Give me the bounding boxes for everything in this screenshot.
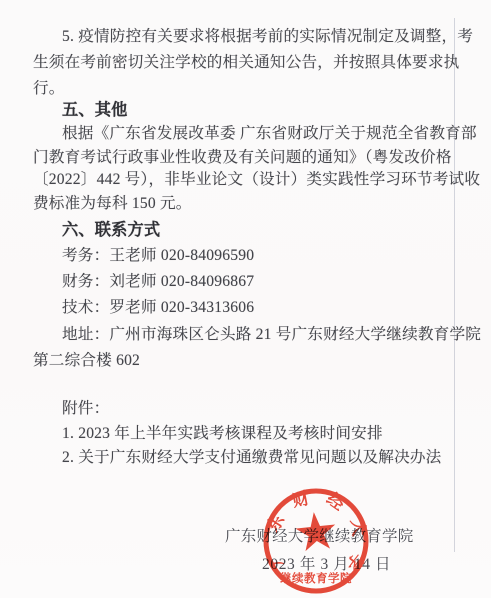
fee-paragraph-line: 门教育考试行政事业性收费及有关问题的通知》（粤发改价格 bbox=[33, 145, 473, 167]
address-line: 地址：广州市海珠区仑头路 21 号广东财经大学继续教育学院 bbox=[33, 322, 473, 344]
contact-finance-line: 财务：刘老师 020-84096867 bbox=[33, 269, 473, 291]
contact-exam-line: 考务：王老师 020-84096590 bbox=[33, 243, 473, 265]
scanned-document-page: 5. 疫情防控有关要求将根据考前的实际情况制定及调整，考 生须在考前密切关注学校… bbox=[0, 0, 491, 598]
epidemic-paragraph-line: 行。 bbox=[33, 76, 473, 98]
fee-paragraph-line: 费标准为每科 150 元。 bbox=[33, 191, 473, 213]
section-heading-contact: 六、联系方式 bbox=[33, 216, 473, 240]
epidemic-paragraph-line: 5. 疫情防控有关要求将根据考前的实际情况制定及调整，考 bbox=[33, 24, 473, 46]
attachments-label: 附件： bbox=[33, 396, 473, 418]
section-heading-other: 五、其他 bbox=[33, 96, 473, 120]
address-line: 第二综合楼 602 bbox=[33, 348, 473, 370]
attachment-item: 2. 关于广东财经大学支付通缴费常见问题以及解决办法 bbox=[33, 445, 473, 467]
epidemic-paragraph-line: 生须在考前密切关注学校的相关通知公告，并按照具体要求执 bbox=[33, 50, 473, 72]
seal-star-icon bbox=[294, 510, 338, 552]
fee-paragraph-line: 〔2022〕442 号），非毕业论文（设计）类实践性学习环节考试收 bbox=[33, 167, 473, 189]
official-seal-stamp: 广东财经大学 继续教育学院 bbox=[261, 486, 371, 596]
attachment-item: 1. 2023 年上半年实践考核课程及考核时间安排 bbox=[33, 421, 473, 443]
fee-paragraph-line: 根据《广东省发展改革委 广东省财政厅关于规范全省教育部 bbox=[33, 121, 473, 143]
contact-tech-line: 技术：罗老师 020-34313606 bbox=[33, 295, 473, 317]
seal-department-text: 继续教育学院 bbox=[280, 571, 352, 585]
